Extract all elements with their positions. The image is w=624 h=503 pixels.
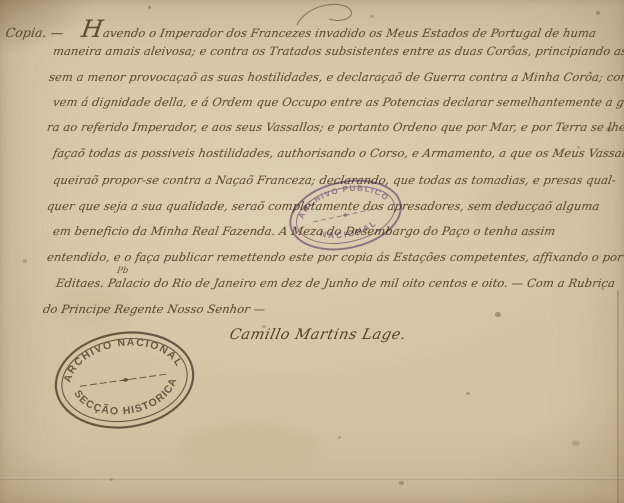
manuscript-line: sem a menor provocaçaõ as suas hostilida… <box>48 70 624 84</box>
manuscript-line: ra ao referido Imperador, e aos seus Vas… <box>46 120 624 134</box>
copy-label: Copia. — <box>4 25 64 40</box>
stain-spot <box>495 312 501 317</box>
manuscript-line: vem á dignidade della, e á Ordem que Occ… <box>52 95 624 109</box>
stamp-divider-ornament <box>121 377 129 382</box>
stamp-top-textpath: ARCHIVO NACIONAL <box>57 329 186 386</box>
manuscript-line: maneira amais aleivosa; e contra os Trat… <box>52 44 624 58</box>
stain-spot <box>23 259 27 263</box>
stain-spot <box>338 436 341 439</box>
interlinear-note: Pb <box>116 266 129 276</box>
stain-spot <box>399 481 404 485</box>
stamp-top-text: ARCHIVO NACIONAL <box>57 329 186 386</box>
fold-crease <box>0 477 624 480</box>
paper-edge-line <box>617 290 619 503</box>
manuscript-page: Copia. — Havendo o Imperador dos Francez… <box>0 0 624 503</box>
stamp-divider-ornament <box>342 212 349 217</box>
line-text: Havendo o Imperador dos Francezes invadi… <box>80 15 599 43</box>
stain-spot <box>572 441 580 446</box>
manuscript-line: façaõ todas as possiveis hostilidades, a… <box>52 146 624 160</box>
signature: Camillo Martins Lage. <box>228 327 408 343</box>
stain-spot <box>466 392 470 395</box>
archive-national-stamp: ARCHIVO NACIONAL SECÇÃO HISTORICA <box>22 303 229 463</box>
manuscript-line: Copia. — Havendo o Imperador dos Francez… <box>4 15 599 43</box>
manuscript-line: Editaes. Palacio do Rio de Janeiro em de… <box>55 276 616 290</box>
stain-spot <box>148 6 151 9</box>
